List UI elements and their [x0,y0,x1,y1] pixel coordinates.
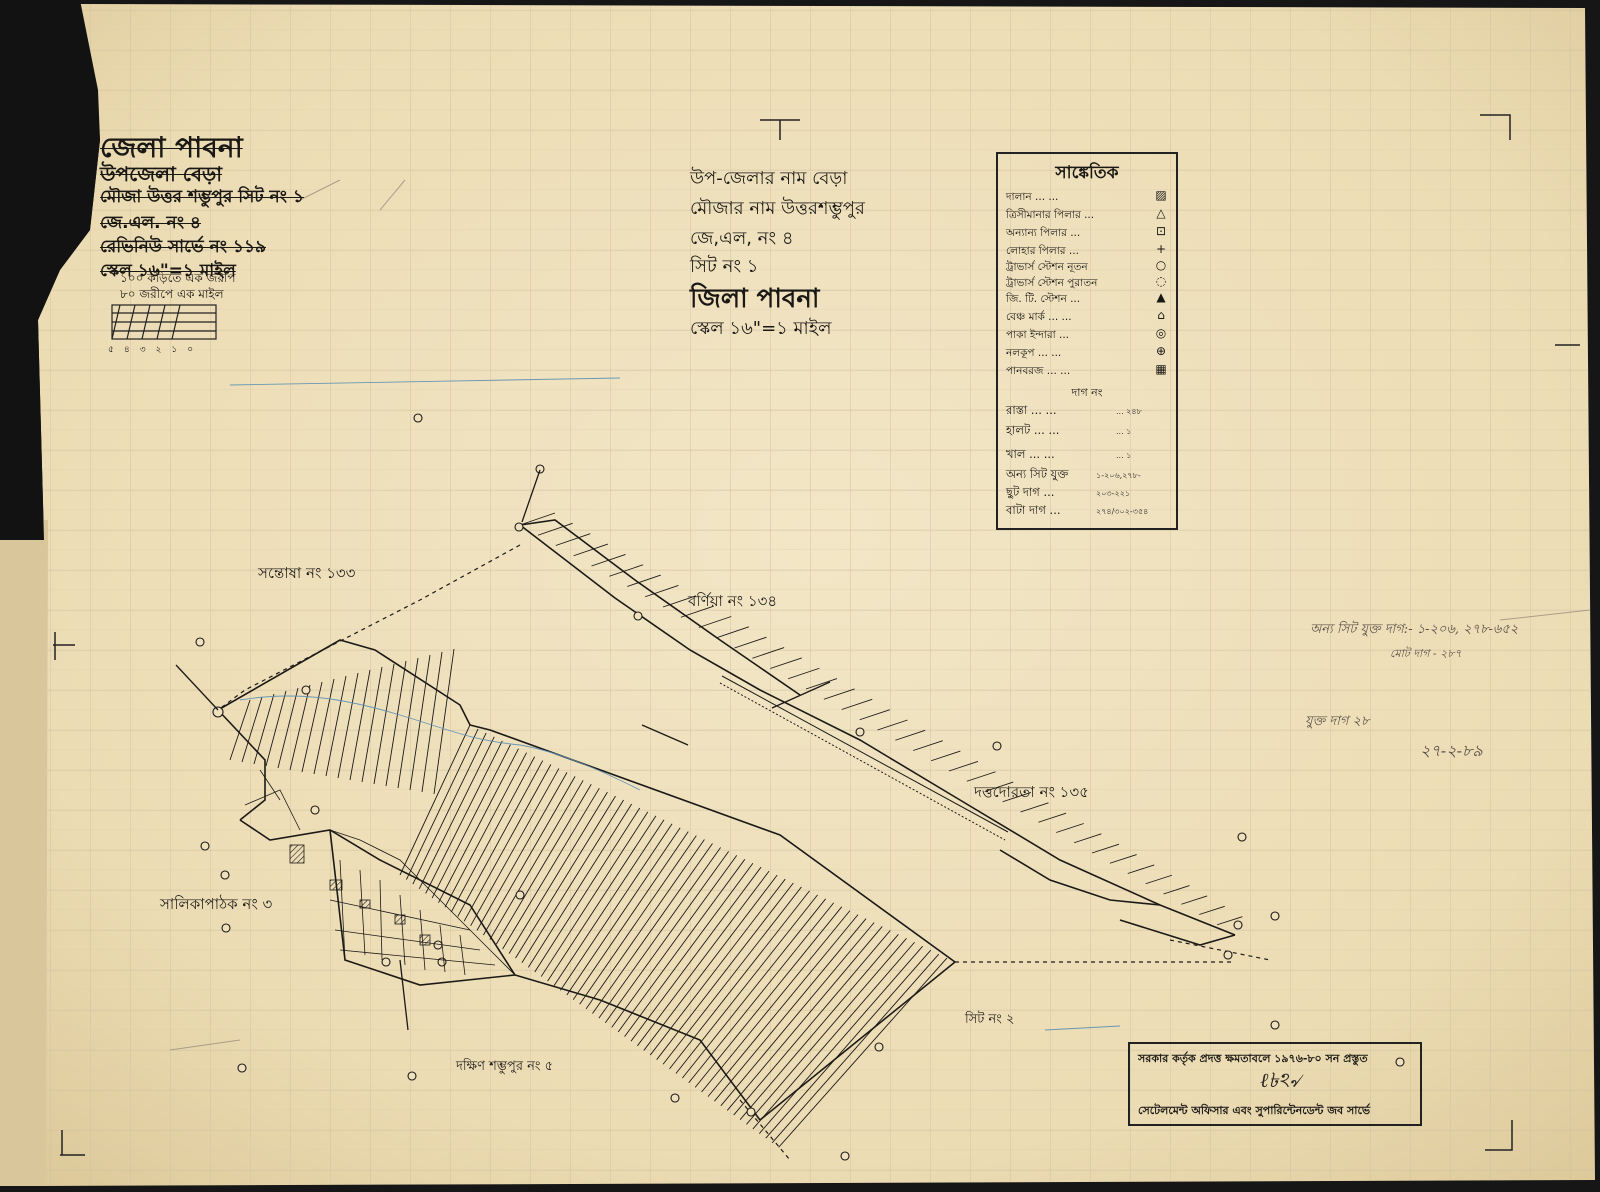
gt-station-icon: ▲ [1152,290,1170,304]
preparation-statement: সরকার কর্তৃক প্রদত্ত ক্ষমতাবলে ১৯৭৬-৮০ স… [1138,1050,1368,1069]
betel-garden-icon: ▦ [1152,362,1170,376]
handwritten-note: অন্য সিট যুক্ত দাগ:- ১-২০৬, ২৭৮-৬৫২ [1310,620,1518,641]
handwritten-note: যুক্ত দাগ ২৮ [1305,712,1369,733]
dag-item: বাটা দাগ ... [1006,502,1061,521]
dag-item: খাল ... ... [1006,446,1055,465]
traverse-new-icon: ○ [1152,258,1170,272]
officer-signature: ℓ৳ঽ৵ [1260,1066,1302,1099]
neighbor-mouza-label: সন্তোষা নং ১৩৩ [258,562,355,587]
legend-item: ট্রাভার্স স্টেশন পুরাতন [1006,276,1097,293]
tick: ১ [171,345,187,355]
center-scale: স্কেল ১৬"=১ মাইল [690,314,832,345]
pucca-well-icon: ◎ [1152,326,1170,340]
legend-box: সাঙ্কেতিক দালান ... ... ▨ ত্রিসীমানার পি… [996,152,1178,530]
other-pillar-icon: ⊡ [1152,224,1170,238]
legend-item: পানবরজ ... ... [1006,364,1070,381]
trijunction-pillar-icon: △ [1152,206,1170,220]
neighbor-mouza-label: দক্ষিণ শম্ভুপুর নং ৫ [456,1057,553,1078]
neighbor-mouza-label: সালিকাপাঠক নং ৩ [160,893,272,918]
dag-header: দাগ নং [998,384,1176,403]
cadastral-map-sheet: জেলা পাবনা উপজেলা বেড়া মৌজা উত্তর শম্ভু… [0,0,1600,1192]
iron-pillar-icon: + [1152,242,1170,256]
tick: ৫ [108,345,124,355]
dag-item: অন্য সিট যুক্ত [1006,466,1068,485]
tick: ২ [156,345,172,355]
tubewell-icon: ⊕ [1152,344,1170,358]
traverse-old-icon: ◌ [1152,274,1170,288]
dag-value: ১-২০৬,২৭৮- [1096,470,1141,483]
mouza-line: মৌজা উত্তর শম্ভুপুর সিট নং ১ [100,184,304,212]
certification-box: সরকার কর্তৃক প্রদত্ত ক্ষমতাবলে ১৯৭৬-৮০ স… [1128,1042,1422,1126]
handwritten-date: ২৭-২-৮৯ [1420,738,1483,765]
building-symbol-icon: ▨ [1152,188,1170,202]
legend-item: নলকূপ ... ... [1006,346,1061,363]
tick: ০ [187,345,203,355]
legend-item: বেঞ্চ মার্ক ... ... [1006,310,1072,327]
legend-item: পাকা ইন্দারা ... [1006,328,1069,345]
mouza-name: মৌজার নাম উত্তরশম্ভুপুর [690,194,865,225]
jl-number: জে,এল, নং ৪ [690,224,794,255]
legend-item: লোহার পিলার ... [1006,244,1079,261]
handwritten-note: মোট দাগ - ২৮৭ [1390,645,1462,664]
neighbor-mouza-label: বর্ণিয়া নং ১৩৪ [688,590,777,615]
tick: ৪ [124,345,140,355]
officer-designation: সেটেলমেন্ট অফিসার এবং সুপারিন্টেনডেন্ট জ… [1138,1102,1370,1121]
legend-item: জি. টি. স্টেশন ... [1006,292,1080,309]
dag-value: ... ২৪৮ [1116,406,1142,419]
dag-value: ২০৩-২২১ [1096,488,1130,501]
legend-item: অন্যান্য পিলার ... [1006,226,1080,243]
neighbor-mouza-label: দত্তদোরতা নং ১৩৫ [974,781,1089,806]
bench-mark-icon: ⌂ [1152,308,1170,322]
dag-value: ... ১ [1116,426,1131,439]
dag-item: হালট ... ... [1006,422,1059,441]
legend-item: ত্রিসীমানার পিলার ... [1006,208,1094,225]
dag-value: ... ১ [1116,450,1131,463]
tick: ৩ [140,345,156,355]
legend-title: সাঙ্কেতিক [998,160,1176,188]
scale-bar-ticks: ৫৪৩২১০ [108,342,203,357]
legend-item: ট্রাভার্স স্টেশন নূতন [1006,260,1088,277]
dag-item: ছুট দাগ ... [1006,484,1054,503]
upazila-name: উপ-জেলার নাম বেড়া [690,164,847,195]
legend-item: দালান ... ... [1006,190,1058,207]
chain-note-2: ৮০ জরীপে এক মাইল [120,286,224,306]
neighbor-mouza-label: সিট নং ২ [965,1010,1014,1031]
dag-value: ২৭৪/৩০২-৩৫৪ [1096,506,1148,519]
dag-item: রাস্তা ... ... [1006,402,1057,421]
